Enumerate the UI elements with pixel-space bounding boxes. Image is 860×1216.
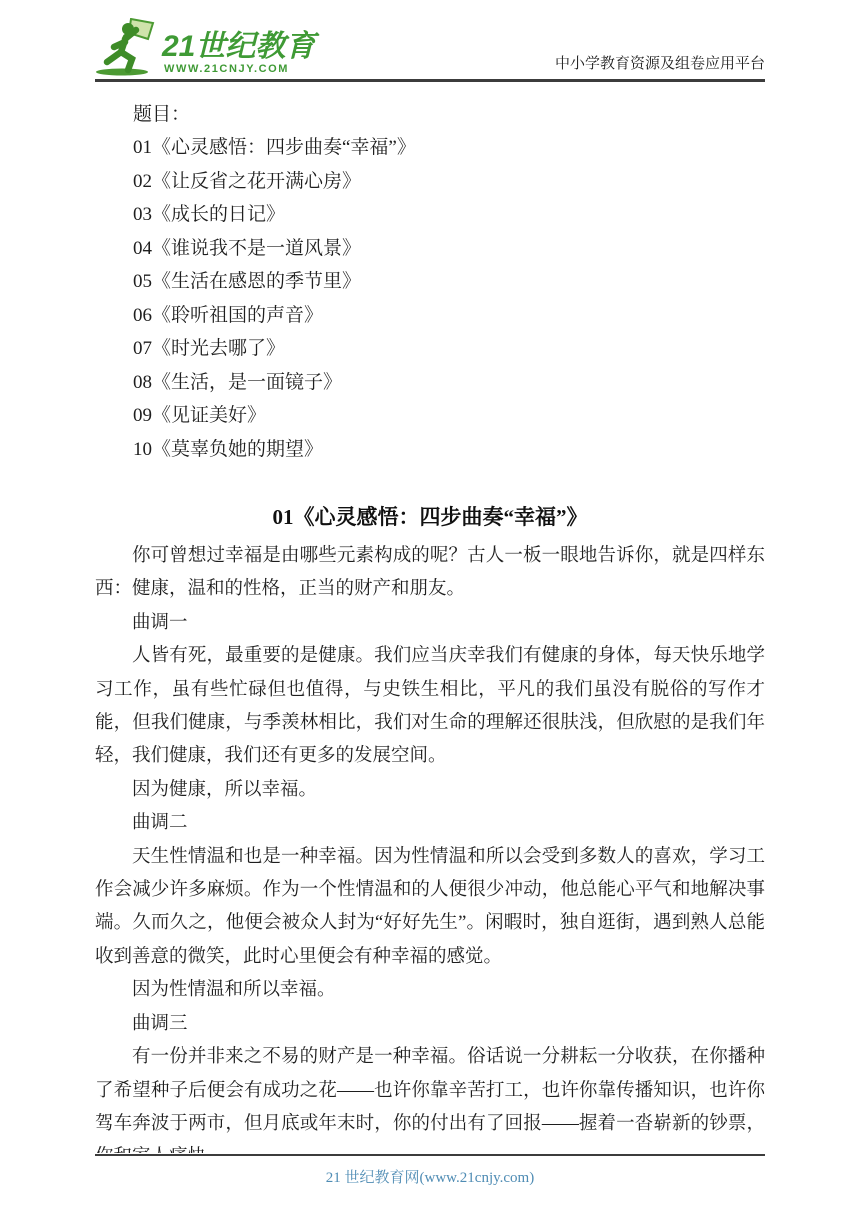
page-footer: 21 世纪教育网(www.21cnjy.com) bbox=[95, 1154, 765, 1216]
title-list-item: 01《心灵感悟：四步曲奏“幸福”》 bbox=[133, 131, 765, 164]
essay-heading: 01《心灵感悟：四步曲奏“幸福”》 bbox=[95, 504, 765, 530]
title-list-item: 10《莫辜负她的期望》 bbox=[133, 433, 765, 466]
essay-paragraph: 因为健康，所以幸福。 bbox=[95, 774, 765, 807]
header-tagline: 中小学教育资源及组卷应用平台 bbox=[555, 52, 765, 73]
brand-url: WWW.21CNJY.COM bbox=[164, 63, 315, 76]
document-page: 21世纪教育 WWW.21CNJY.COM 中小学教育资源及组卷应用平台 题目：… bbox=[0, 0, 860, 1216]
page-header: 21世纪教育 WWW.21CNJY.COM 中小学教育资源及组卷应用平台 bbox=[95, 0, 765, 82]
brand-logo: 21世纪教育 WWW.21CNJY.COM bbox=[95, 18, 315, 76]
title-list-item: 09《见证美好》 bbox=[133, 399, 765, 432]
essay-paragraph: 天生性情温和也是一种幸福。因为性情温和所以会受到多数人的喜欢，学习工作会减少许多… bbox=[95, 841, 765, 975]
essay-paragraph: 曲调三 bbox=[95, 1008, 765, 1041]
essay-paragraph: 有一份并非来之不易的财产是一种幸福。俗话说一分耕耘一分收获，在你播种了希望种子后… bbox=[95, 1041, 765, 1153]
title-list-item: 08《生活，是一面镜子》 bbox=[133, 366, 765, 399]
title-list-item: 02《让反省之花开满心房》 bbox=[133, 165, 765, 198]
essay-paragraph: 曲调一 bbox=[95, 607, 765, 640]
title-list: 题目： 01《心灵感悟：四步曲奏“幸福”》 02《让反省之花开满心房》 03《成… bbox=[133, 98, 765, 466]
essay-paragraph: 因为性情温和所以幸福。 bbox=[95, 974, 765, 1007]
footer-site-text: 21 世纪教育网(www.21cnjy.com) bbox=[95, 1166, 765, 1187]
title-list-item: 07《时光去哪了》 bbox=[133, 332, 765, 365]
essay-paragraph: 你可曾想过幸福是由哪些元素构成的呢？古人一板一眼地告诉你，就是四样东西：健康，温… bbox=[95, 540, 765, 607]
brand-name: 21世纪教育 bbox=[162, 32, 315, 62]
essay-paragraph: 人皆有死，最重要的是健康。我们应当庆幸我们有健康的身体，每天快乐地学习工作，虽有… bbox=[95, 640, 765, 774]
brand-text-block: 21世纪教育 WWW.21CNJY.COM bbox=[162, 32, 315, 76]
title-list-item: 06《聆听祖国的声音》 bbox=[133, 299, 765, 332]
essay-body: 你可曾想过幸福是由哪些元素构成的呢？古人一板一眼地告诉你，就是四样东西：健康，温… bbox=[95, 540, 765, 1153]
title-list-label: 题目： bbox=[133, 98, 765, 131]
title-list-item: 04《谁说我不是一道风景》 bbox=[133, 232, 765, 265]
title-list-item: 03《成长的日记》 bbox=[133, 198, 765, 231]
essay-paragraph: 曲调二 bbox=[95, 807, 765, 840]
running-figure-icon bbox=[95, 18, 157, 76]
title-list-item: 05《生活在感恩的季节里》 bbox=[133, 265, 765, 298]
